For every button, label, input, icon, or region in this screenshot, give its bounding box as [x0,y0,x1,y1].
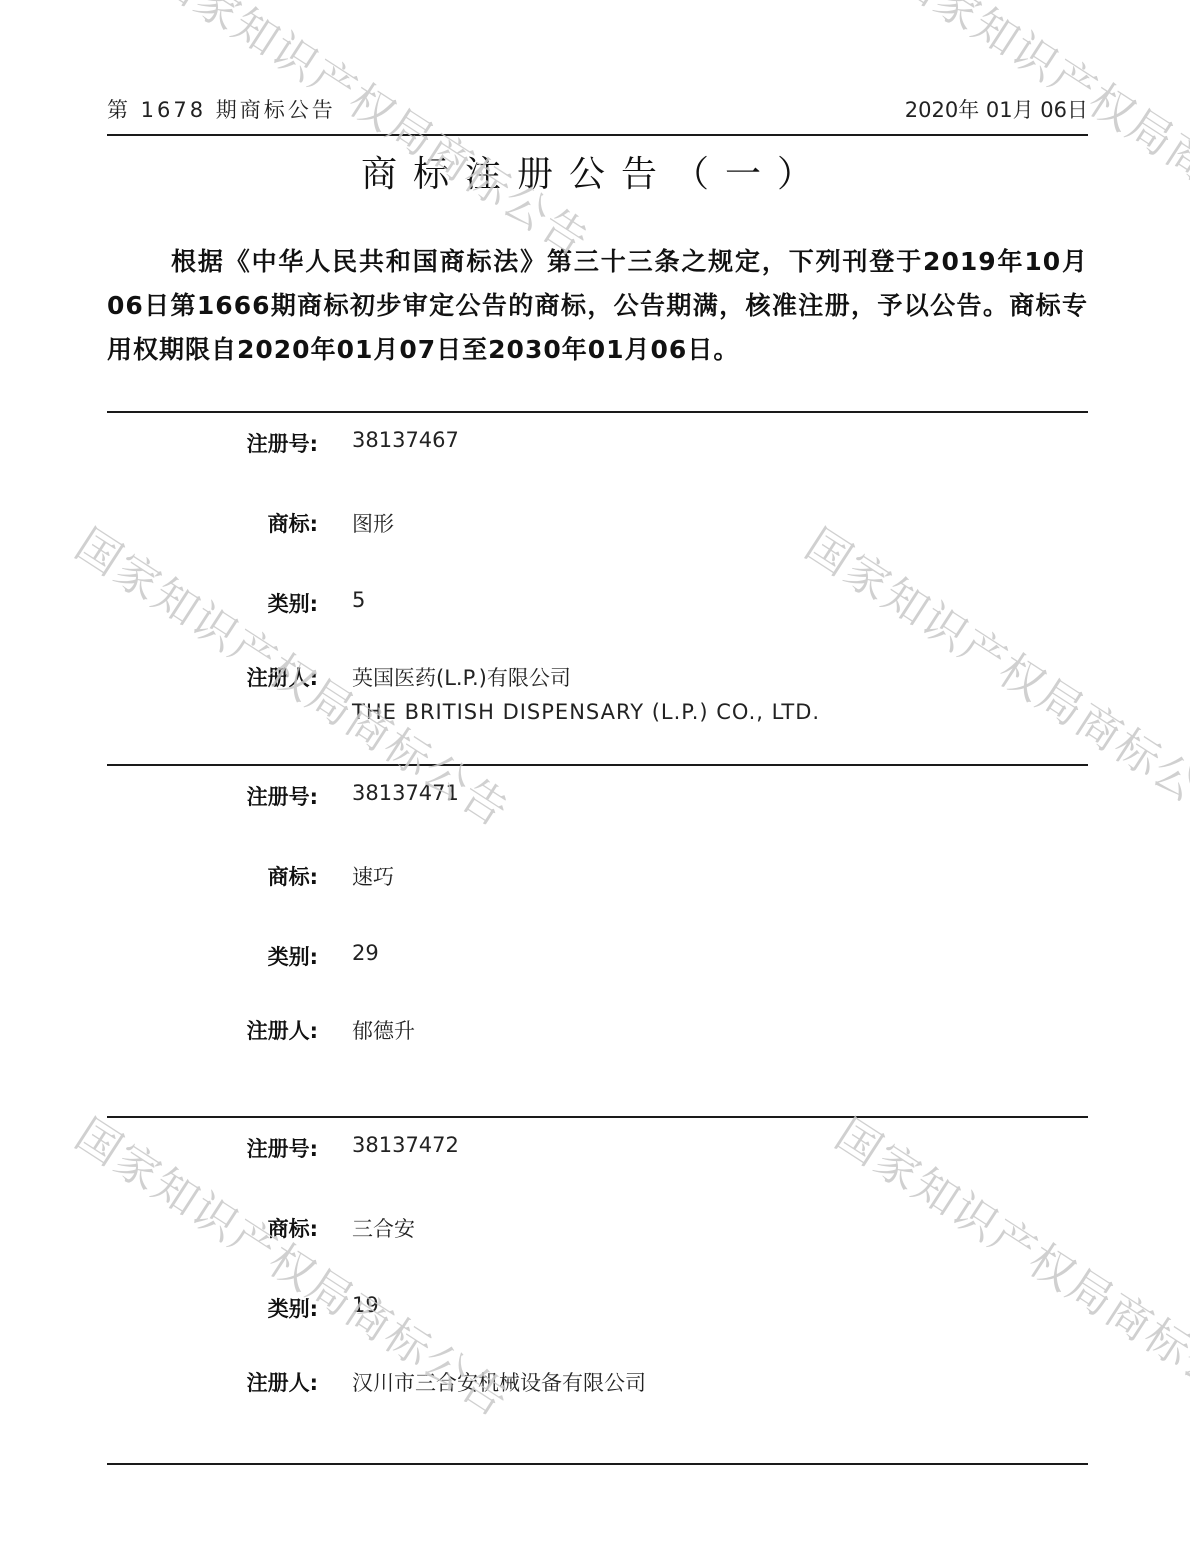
issue-date: 2020年 01月 06日 [905,94,1088,124]
intro-paragraph: 根据《中华人民共和国商标法》第三十三条之规定，下列刊登于2019年10月06日第… [107,240,1088,372]
mark-value: 速巧 [352,861,394,891]
field-mark: 商标: 图形 [107,508,1088,548]
class-label: 类别: [268,588,318,618]
header-divider [107,134,1088,136]
field-class: 类别: 29 [107,941,1088,981]
field-registrant: 注册人: 郁德升 [107,1015,1088,1055]
issue-number: 第 1678 期商标公告 [107,94,336,124]
registrant-label: 注册人: [247,662,318,692]
field-registrant: 注册人: 英国医药(L.P.)有限公司 THE BRITISH DISPENSA… [107,662,1088,742]
entry-divider [107,764,1088,766]
registrant-label: 注册人: [247,1015,318,1045]
reg-no-label: 注册号: [247,781,318,811]
class-value: 5 [352,588,365,612]
mark-label: 商标: [268,861,318,891]
reg-no-label: 注册号: [247,1133,318,1163]
class-label: 类别: [268,1293,318,1323]
page-title: 商标注册公告（一） [0,146,1190,197]
field-mark: 商标: 三合安 [107,1213,1088,1253]
field-mark: 商标: 速巧 [107,861,1088,901]
page-header: 第 1678 期商标公告 2020年 01月 06日 [107,94,1088,126]
reg-no-value: 38137467 [352,428,459,452]
field-reg-no: 注册号: 38137472 [107,1133,1088,1173]
field-class: 类别: 5 [107,588,1088,628]
mark-label: 商标: [268,1213,318,1243]
entry-divider [107,1116,1088,1118]
field-class: 类别: 19 [107,1293,1088,1333]
entry-divider [107,411,1088,413]
registrant-name-cn: 英国医药(L.P.)有限公司 [352,666,571,690]
registrant-value: 英国医药(L.P.)有限公司 THE BRITISH DISPENSARY (L… [352,662,820,724]
reg-no-label: 注册号: [247,428,318,458]
registrant-value: 汉川市三合安机械设备有限公司 [352,1367,646,1397]
bottom-divider [107,1463,1088,1465]
mark-value: 三合安 [352,1213,415,1243]
field-reg-no: 注册号: 38137471 [107,781,1088,821]
registrant-name-en: THE BRITISH DISPENSARY (L.P.) CO., LTD. [352,700,820,724]
field-reg-no: 注册号: 38137467 [107,428,1088,468]
class-label: 类别: [268,941,318,971]
class-value: 19 [352,1293,379,1317]
registrant-label: 注册人: [247,1367,318,1397]
field-registrant: 注册人: 汉川市三合安机械设备有限公司 [107,1367,1088,1407]
mark-label: 商标: [268,508,318,538]
mark-value: 图形 [352,508,394,538]
registrant-value: 郁德升 [352,1015,415,1045]
class-value: 29 [352,941,379,965]
reg-no-value: 38137471 [352,781,459,805]
reg-no-value: 38137472 [352,1133,459,1157]
